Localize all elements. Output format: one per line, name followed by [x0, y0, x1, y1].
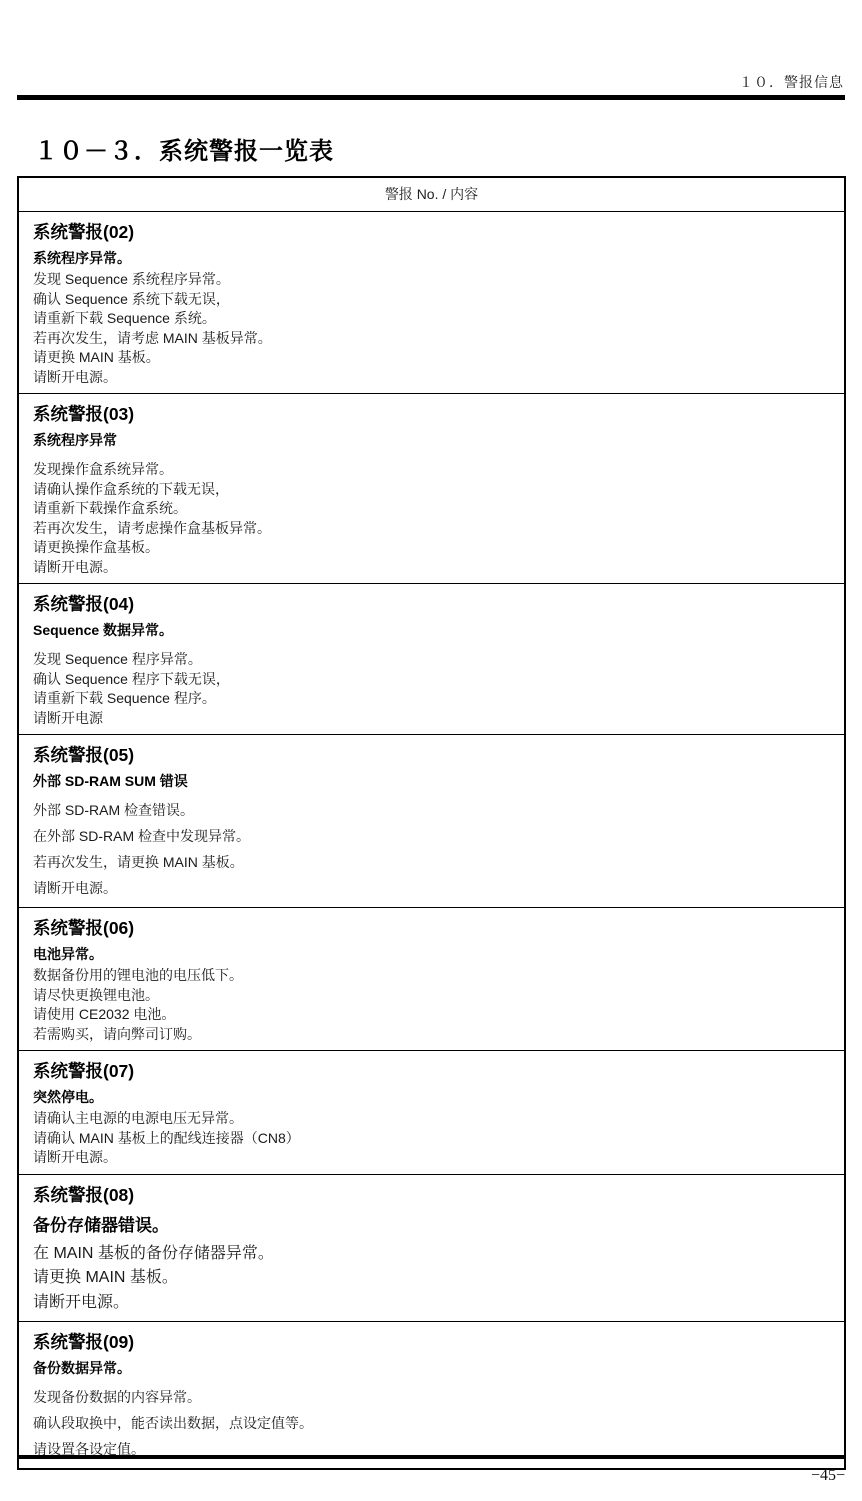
alarm-line: 发现 Sequence 系统程序异常。 [33, 270, 830, 290]
alarm-line: 请重新下载操作盒系统。 [33, 499, 830, 519]
alarm-line: 确认 Sequence 系统下载无误， [33, 290, 830, 310]
alarm-subtitle: 外部 SD-RAM SUM 错误 [33, 771, 830, 791]
alarm-row-09: 系统警报(09) 备份数据异常。 发现备份数据的内容异常。 确认段取换中，能否读… [19, 1322, 844, 1468]
alarm-row-08: 系统警报(08) 备份存储器错误。 在 MAIN 基板的备份存储器异常。 请更换… [19, 1175, 844, 1323]
footer-rule [17, 1455, 845, 1459]
alarm-subtitle: 系统程序异常 [33, 430, 830, 450]
alarm-line: 若再次发生，请更换 MAIN 基板。 [33, 849, 830, 875]
alarm-line: 请断开电源。 [33, 1148, 830, 1168]
alarm-line: 请确认 MAIN 基板上的配线连接器（CN8） [33, 1129, 830, 1149]
alarm-subtitle: 系统程序异常。 [33, 248, 830, 268]
alarm-row-07: 系统警报(07) 突然停电。 请确认主电源的电源电压无异常。 请确认 MAIN … [19, 1051, 844, 1175]
alarm-line: 确认 Sequence 程序下载无误， [33, 670, 830, 690]
alarm-title: 系统警报(03) [33, 401, 830, 426]
alarm-title: 系统警报(05) [33, 742, 830, 767]
alarm-title: 系统警报(06) [33, 915, 830, 940]
alarm-line: 请更换 MAIN 基板。 [33, 1266, 830, 1291]
alarm-line: 请断开电源。 [33, 875, 830, 901]
alarm-line: 若再次发生，请考虑 MAIN 基板异常。 [33, 329, 830, 349]
alarm-line: 确认段取换中，能否读出数据，点设定值等。 [33, 1410, 830, 1436]
alarm-title: 系统警报(08) [33, 1182, 830, 1207]
alarm-line: 请重新下载 Sequence 系统。 [33, 309, 830, 329]
alarm-subtitle: 电池异常。 [33, 944, 830, 964]
alarm-line: 请断开电源 [33, 709, 830, 729]
alarm-line: 请使用 CE2032 电池。 [33, 1005, 830, 1025]
alarm-line: 发现备份数据的内容异常。 [33, 1384, 830, 1410]
header-rule [17, 95, 845, 100]
table-column-header: 警报 No. / 内容 [19, 178, 844, 212]
alarm-line: 请确认主电源的电源电压无异常。 [33, 1109, 830, 1129]
alarm-line: 在外部 SD-RAM 检查中发现异常。 [33, 823, 830, 849]
page-number: −45− [811, 1467, 845, 1485]
alarm-title: 系统警报(04) [33, 591, 830, 616]
alarm-line: 在 MAIN 基板的备份存储器异常。 [33, 1242, 830, 1267]
alarm-line: 请断开电源。 [33, 1291, 830, 1316]
alarm-row-05: 系统警报(05) 外部 SD-RAM SUM 错误 外部 SD-RAM 检查错误… [19, 735, 844, 908]
alarm-line: 请确认操作盒系统的下载无误， [33, 480, 830, 500]
alarm-title: 系统警报(02) [33, 219, 830, 244]
alarm-line: 请尽快更换锂电池。 [33, 986, 830, 1006]
alarm-title: 系统警报(09) [33, 1329, 830, 1354]
alarm-row-02: 系统警报(02) 系统程序异常。 发现 Sequence 系统程序异常。 确认 … [19, 212, 844, 394]
alarm-line: 若需购买，请向弊司订购。 [33, 1025, 830, 1045]
alarm-line: 请更换 MAIN 基板。 [33, 348, 830, 368]
alarm-table: 警报 No. / 内容 系统警报(02) 系统程序异常。 发现 Sequence… [17, 176, 846, 1470]
alarm-line: 请断开电源。 [33, 368, 830, 388]
document-page: １０．警报信息 １０－３．系统警报一览表 警报 No. / 内容 系统警报(02… [0, 0, 862, 1501]
page-title: １０－３．系统警报一览表 [34, 131, 334, 166]
alarm-subtitle: Sequence 数据异常。 [33, 620, 830, 640]
alarm-title: 系统警报(07) [33, 1058, 830, 1083]
alarm-row-04: 系统警报(04) Sequence 数据异常。 发现 Sequence 程序异常… [19, 584, 844, 735]
alarm-line: 请重新下载 Sequence 程序。 [33, 689, 830, 709]
alarm-line: 请更换操作盒基板。 [33, 538, 830, 558]
alarm-line: 发现 Sequence 程序异常。 [33, 650, 830, 670]
alarm-line: 若再次发生，请考虑操作盒基板异常。 [33, 519, 830, 539]
alarm-subtitle: 备份存储器错误。 [33, 1211, 830, 1236]
alarm-line: 外部 SD-RAM 检查错误。 [33, 797, 830, 823]
alarm-line: 请断开电源。 [33, 558, 830, 578]
alarm-row-03: 系统警报(03) 系统程序异常 发现操作盒系统异常。 请确认操作盒系统的下载无误… [19, 394, 844, 584]
alarm-subtitle: 突然停电。 [33, 1087, 830, 1107]
alarm-subtitle: 备份数据异常。 [33, 1358, 830, 1378]
alarm-row-06: 系统警报(06) 电池异常。 数据备份用的锂电池的电压低下。 请尽快更换锂电池。… [19, 908, 844, 1051]
chapter-header: １０．警报信息 [739, 72, 844, 92]
alarm-line: 发现操作盒系统异常。 [33, 460, 830, 480]
alarm-line: 数据备份用的锂电池的电压低下。 [33, 966, 830, 986]
